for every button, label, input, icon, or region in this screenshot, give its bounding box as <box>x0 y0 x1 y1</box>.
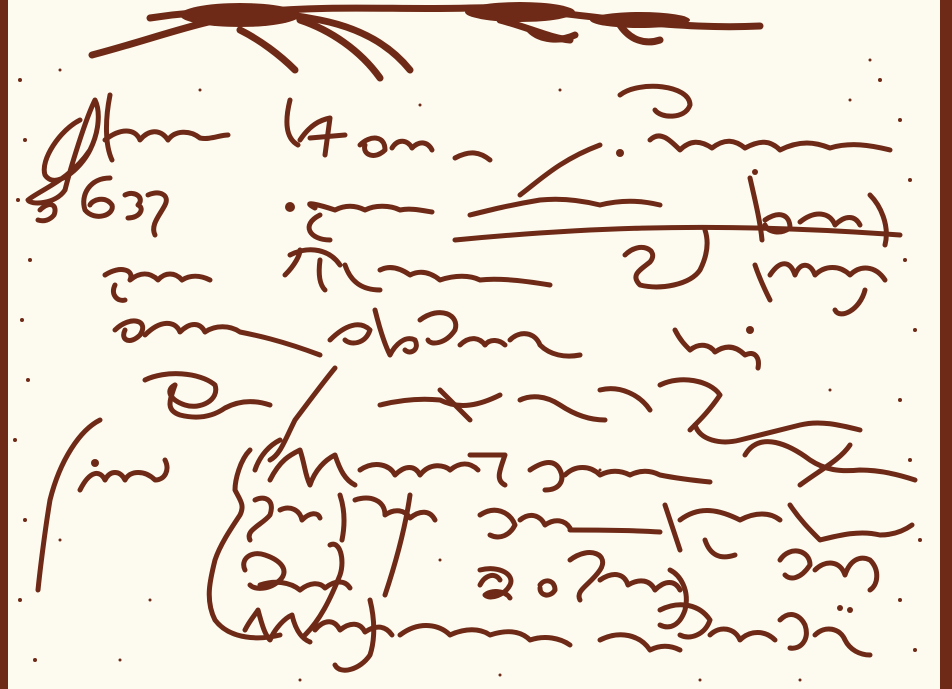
document-page: Ihm 24 den 2. Decem 1637. den Jacob Bess… <box>0 0 952 689</box>
margin-note-strokes <box>38 420 280 638</box>
